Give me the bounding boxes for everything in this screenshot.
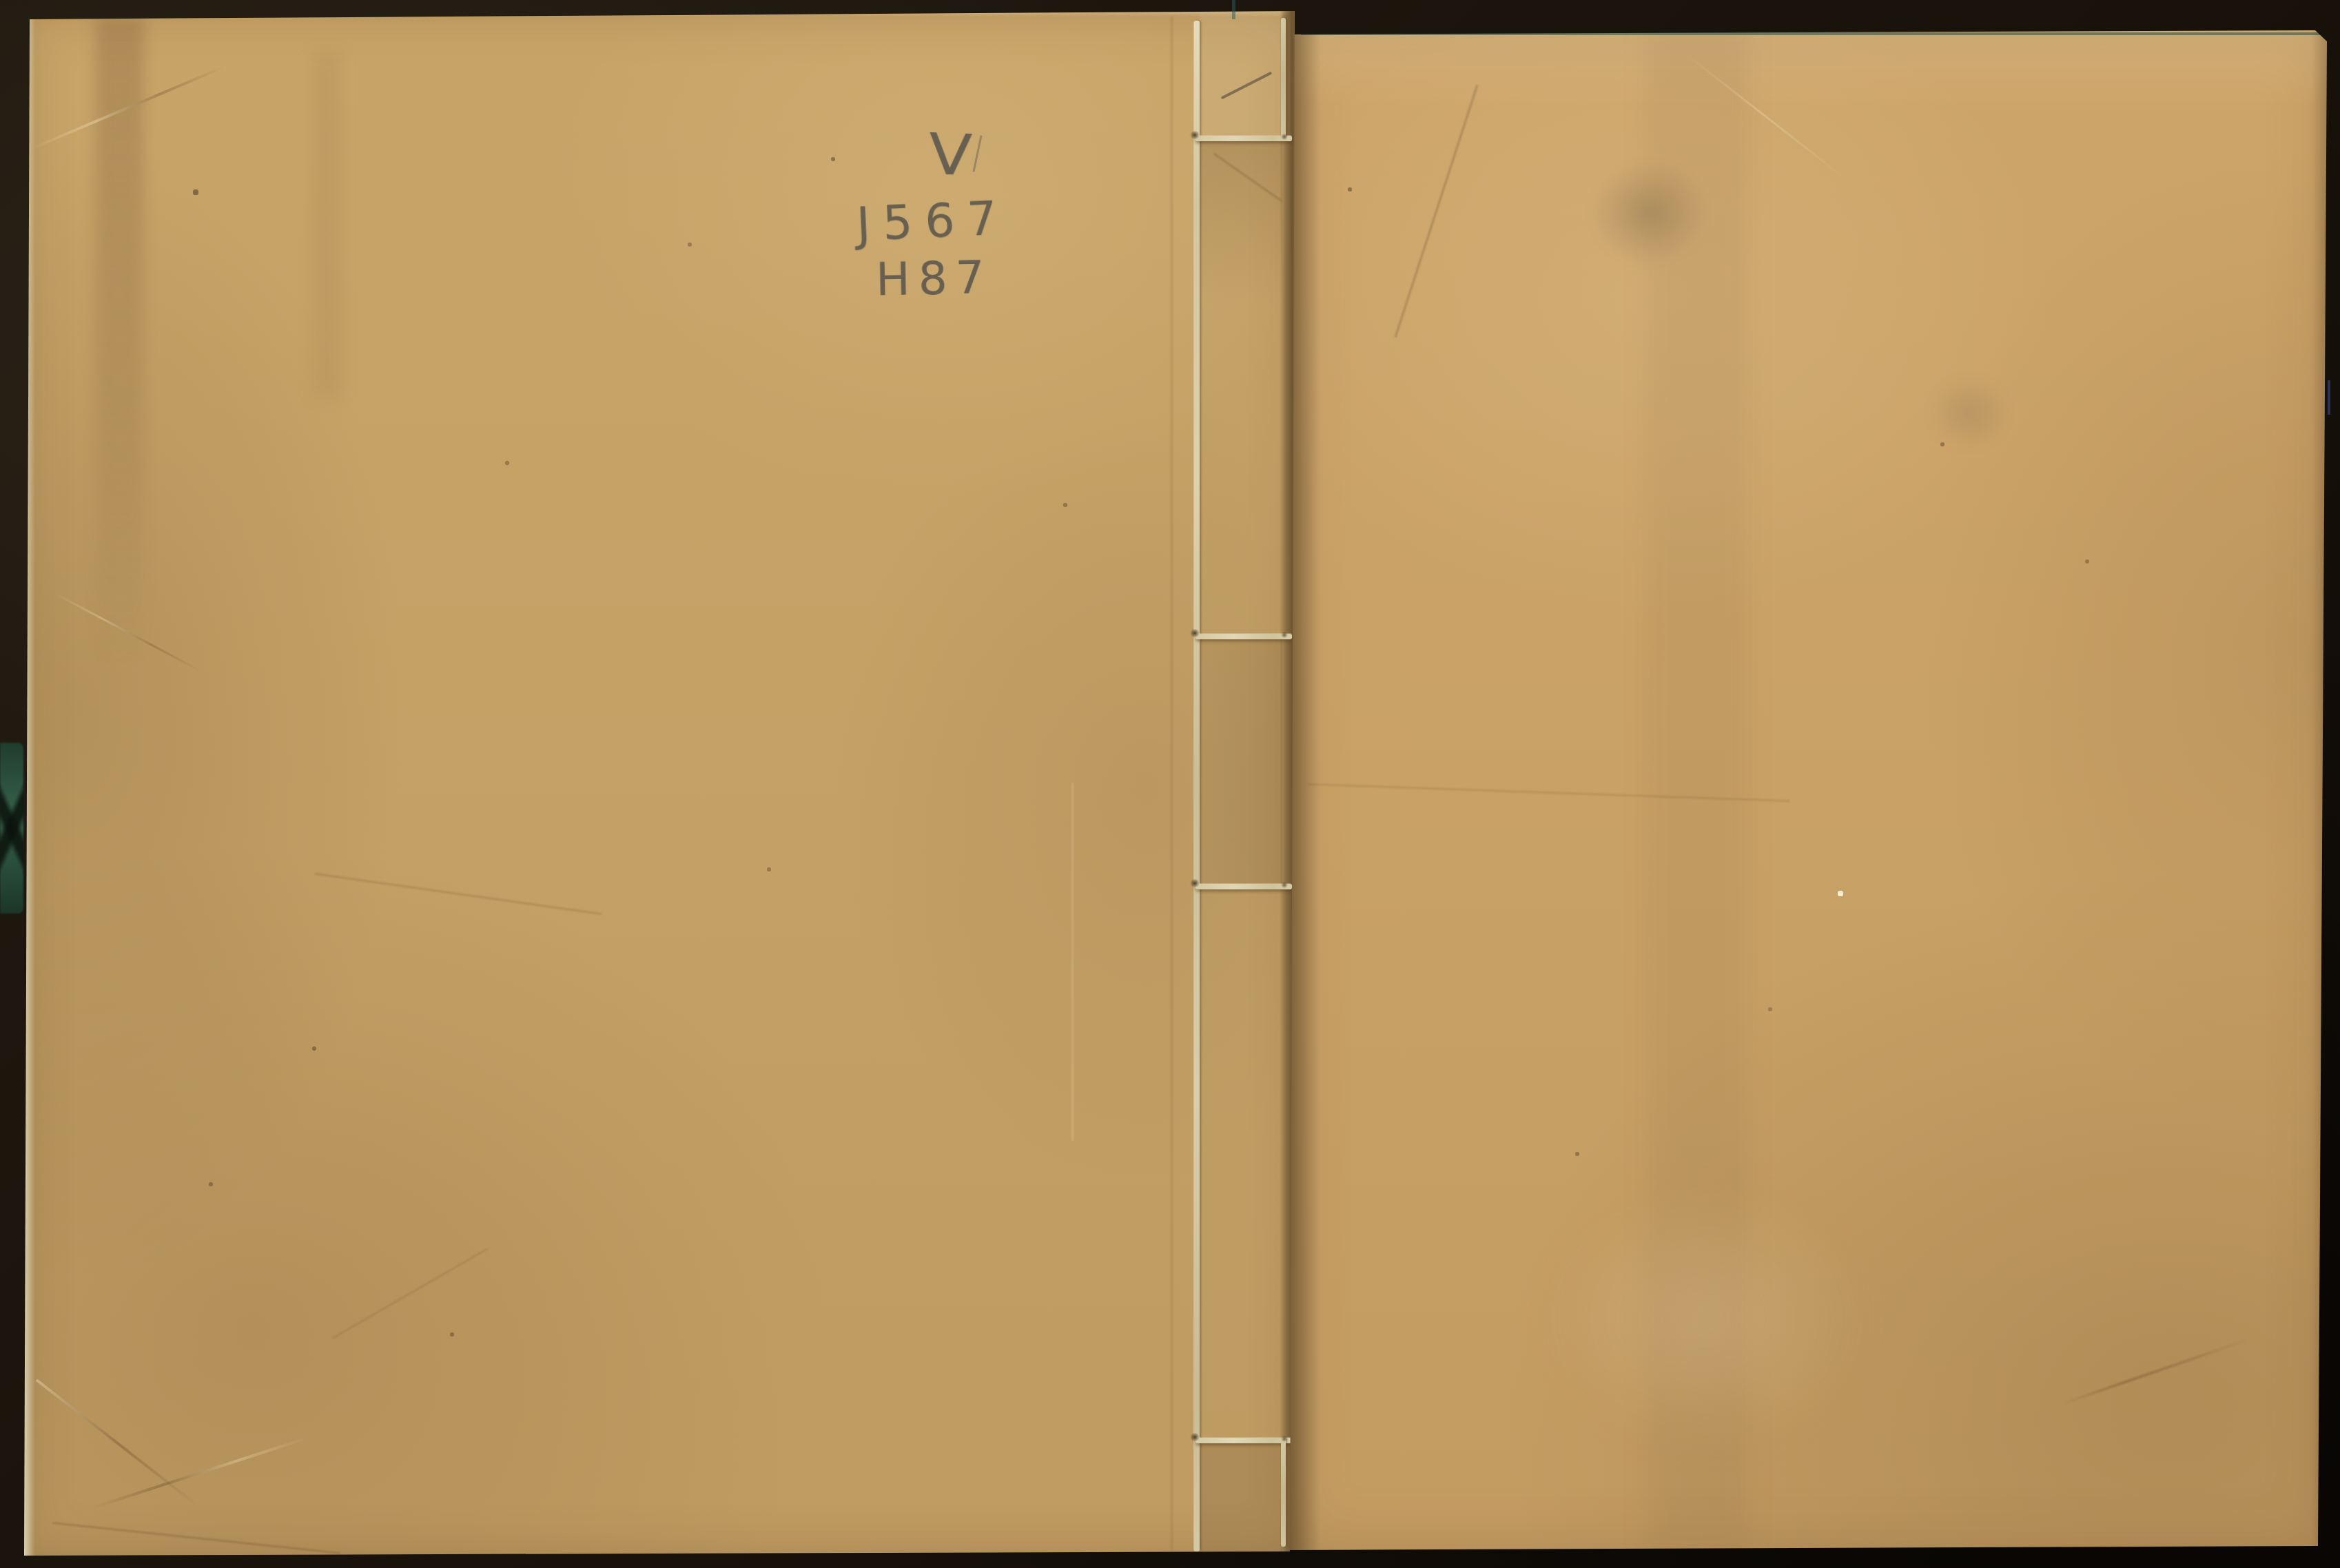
binding-stitch	[1195, 634, 1292, 639]
inscription-volume-mark: V	[927, 122, 973, 189]
cover-stain	[314, 52, 341, 397]
paper-specks	[24, 11, 25, 12]
crease-line	[36, 1379, 201, 1508]
binding-stitch	[1195, 136, 1292, 141]
cover-top-edge-highlight	[24, 11, 1299, 17]
inscription-call-number: J567	[855, 191, 1010, 252]
crease-line	[30, 65, 225, 150]
binding-corner-wrap-top	[1281, 18, 1286, 136]
scan-line-teal	[1301, 32, 2322, 35]
green-cloth-fragment	[0, 743, 23, 914]
spine-strip-shade	[1200, 1438, 1282, 1551]
crease-line	[332, 1248, 489, 1339]
spine-fold-line	[1171, 17, 1173, 1551]
stitch-hole	[1190, 629, 1200, 637]
page-crease	[2060, 1338, 2250, 1405]
facing-page	[1287, 30, 2329, 1551]
binding-thread	[1194, 21, 1200, 1551]
page-crease	[1395, 85, 1479, 338]
stitch-hole	[1190, 879, 1200, 887]
cover-stain	[96, 17, 144, 664]
stitch-knot	[1281, 1436, 1288, 1442]
spine-strip-shade	[1200, 634, 1282, 884]
inscription-call-number-2: H87	[875, 251, 993, 307]
page-blotch	[1549, 1188, 1866, 1450]
page-top-highlight	[1287, 30, 2329, 106]
photo-backdrop: V J567 H87	[0, 0, 2340, 1568]
stitch-knot	[1281, 134, 1288, 140]
binding-stitch	[1195, 1438, 1292, 1443]
cover-edge-highlight	[24, 11, 35, 1556]
scan-artifact-blue-tick	[2328, 380, 2330, 415]
page-edge-shadow-right	[2311, 30, 2329, 1551]
book-back-cover: V J567 H87	[24, 11, 1299, 1556]
page-crease	[1308, 783, 1790, 802]
crease-line	[52, 1522, 340, 1554]
crease-line	[54, 592, 201, 672]
stitch-knot	[1281, 882, 1288, 888]
spine-strip-shade	[1200, 12, 1282, 135]
crease-line	[91, 1436, 308, 1509]
spine-strip	[1200, 11, 1282, 1556]
pencil-tick	[972, 135, 982, 172]
page-smudge	[1590, 161, 1707, 265]
stitch-hole	[1190, 1433, 1200, 1441]
pencil-slash-mark	[1221, 72, 1273, 100]
binding-stitch	[1195, 884, 1292, 889]
crease-line	[315, 873, 602, 915]
stitch-hole	[1190, 131, 1200, 139]
crease-line	[1213, 153, 1282, 202]
page-crease	[1681, 50, 1845, 178]
page-smudge	[1928, 375, 2011, 451]
page-tonal-band	[1645, 30, 1749, 1551]
stitch-knot	[1281, 632, 1288, 638]
spine-strip-shade	[1200, 136, 1282, 302]
binding-corner-wrap-bottom	[1281, 1438, 1286, 1547]
crease-line	[1071, 783, 1074, 1141]
